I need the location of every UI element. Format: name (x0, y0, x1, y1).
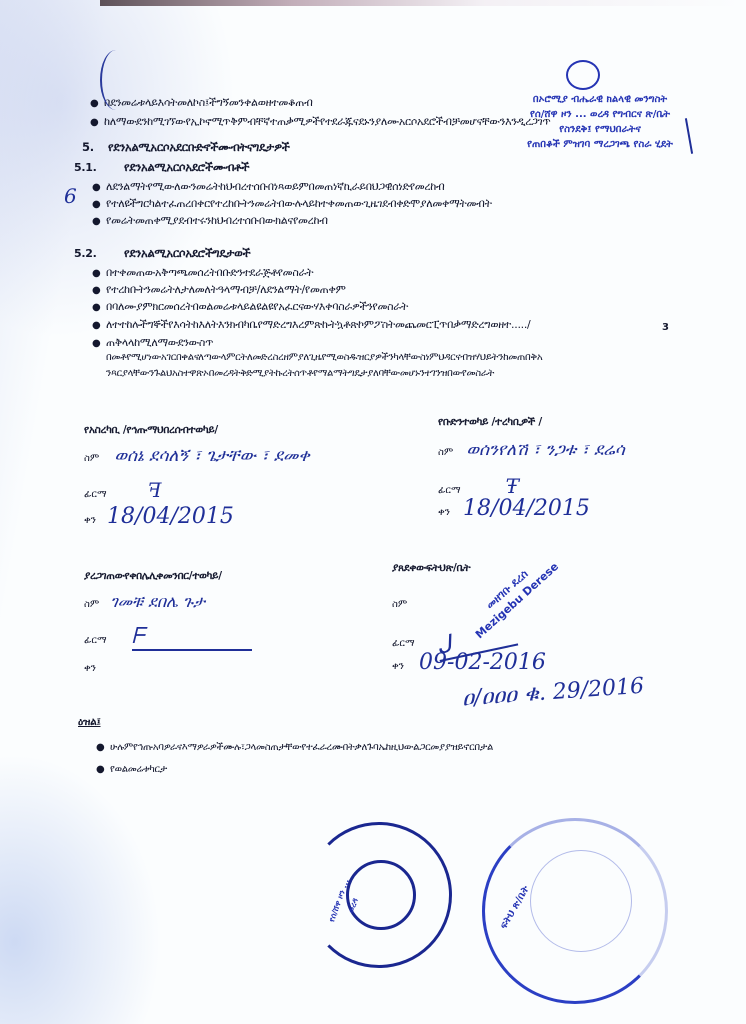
name-label: ስም (392, 599, 407, 610)
pen-mark (100, 50, 132, 110)
kebele-name-row: ስም ገመቹ ደበሌ ጉታ (84, 592, 205, 612)
page-number: 3 (662, 322, 669, 333)
scanned-document-page: ●በደንመሬቱላይእሳትመለኮስ፤ችግኝመንቀልወዘተመቆጠብ ●ከለማውደንከ… (0, 0, 746, 1024)
lessor-signature: ꟻ (148, 478, 162, 502)
letterhead-line-2: የሰ/ሸዋ ዞን ... ወረዳ የግብርና ጽ/ቤት (500, 107, 700, 122)
section-5-1-item: ●ለደንልማትየሚውለውንመሬትከህብረተሰቡበነጻወይምበመጠነኛኪራይበህጋ… (92, 180, 444, 194)
group-signature-heading: የቡድንተወካይ /ተረካቢዎች / (438, 416, 542, 429)
letterhead-stamp: በኦሮሚያ ብሔራዊ ክልላዊ መንግስት የሰ/ሸዋ ዞን ... ወረዳ የ… (500, 92, 700, 152)
letterhead-line-4: የጠበቆች ምዝገባ ማረጋገጫ የስራ ሂደት (500, 137, 700, 152)
date-label: ቀን (84, 663, 96, 674)
bullet-icon: ● (90, 98, 104, 109)
kebele-sign-row: ፊርማ ᖴ (84, 624, 252, 651)
section-5-2-heading: 5.2.የደንአልሚአርሶአደሮችግዴታወች (74, 246, 250, 261)
group-date-row: ቀን 18/04/2015 (438, 496, 590, 521)
bullet-icon: ● (92, 285, 106, 296)
section-number: 5. (82, 140, 108, 154)
signature-label: ፊርማ (438, 485, 461, 496)
kebele-signature: ᖴ (132, 624, 252, 651)
item-text: ጠቅላላከሚለማውደንውስጥ (106, 336, 213, 349)
court-registration-note: ዐ/ዐዐዐ ቁ. 29/2016 (461, 674, 644, 712)
section-number: 5.1. (74, 161, 124, 174)
kebele-name-handwritten: ገመቹ ደበሌ ጉታ (110, 592, 205, 611)
section-5-2-item: ●ጠቅላላከሚለማውደንውስጥ (92, 336, 213, 350)
section-5-2-item: ●በባለሙያምክርመሰረትበወልመሬቱላይልዩልዩየአፈርናውሃእቀባስራዎችን… (92, 300, 408, 314)
notes-item: ●ሁሉምየኅጡአባዎራናእማዎራዎችሙሉ፣ጋላመስጠታቸውየተፈራረሙበትቃለጉ… (96, 742, 493, 753)
name-label: ስም (84, 599, 99, 610)
section-5-2-item: ●የተረከቡትንመሬትለታለመለትዓላማብቻ/ለደንልማት/የመጠቀም (92, 283, 346, 297)
bullet-icon: ● (90, 117, 104, 128)
intro-bullet-text: ከለማውደንከሚገኘውየኢኮኖሚጥቅምብቸኛተጠቃሚዎችየተደራጁናደኑንያለሙ… (104, 115, 550, 128)
margin-handwritten-mark: 6 (64, 184, 77, 208)
court-name-row: ስም (392, 592, 407, 611)
bullet-icon: ● (92, 320, 106, 331)
group-date-handwritten: 18/04/2015 (463, 496, 590, 521)
signature-label: ፊርማ (84, 489, 107, 500)
bullet-icon: ● (92, 268, 106, 279)
date-label: ቀን (438, 507, 450, 518)
lessor-name-row: ስም ወሰኔ ደሳለኝ ፣ ጌታቸው ፣ ደመቀ (84, 446, 310, 466)
group-name-row: ስም ወሰንየለሽ ፣ ንጋቱ ፣ ደሬሳ (438, 440, 625, 460)
section-5-1-item: ●የመሬትመጠቀሚያደብተሩንከህብረተሰቡበውክልናየመረከብ (92, 214, 328, 228)
item-text: ሁሉምየኅጡአባዎራናእማዎራዎችሙሉ፣ጋላመስጠታቸውየተፈራረሙበትቃለጉባ… (110, 742, 493, 753)
bullet-icon: ● (92, 302, 106, 313)
section-number: 5.2. (74, 247, 124, 260)
item-text-continued: ንጻርያላቸውንጉልህአስተዋጽኦበመረዳትቅድሚያትኩረትሰጥቶየማልማትግዴ… (106, 368, 494, 379)
intro-bullet-text: በደንመሬቱላይእሳትመለኮስ፤ችግኝመንቀልወዘተመቆጠብ (104, 96, 313, 109)
group-sign-row: ፊርማ Ŧ (438, 474, 519, 498)
section-title: የደንአልሚአርሶአደሮችግዴታወች (124, 246, 250, 260)
lessor-date-handwritten: 18/04/2015 (107, 504, 234, 529)
letterhead-line-3: የስንደቅ፤ የማህበራትና (500, 122, 700, 137)
letterhead-line-1: በኦሮሚያ ብሔራዊ ክልላዊ መንግስት (500, 92, 700, 107)
section-title: የደንአልሚአርሶአደሮችሙብቶች (124, 160, 249, 174)
group-name-handwritten: ወሰንየለሽ ፣ ንጋቱ ፣ ደሬሳ (466, 440, 624, 460)
lessor-sign-row: ፊርማ ꟻ (84, 478, 162, 502)
stamp-inner-ring (530, 850, 632, 952)
lessor-signature-heading: የአስረካቢ /የኅጡማህበረሰብተወካይ/ (84, 424, 218, 437)
emblem-icon (566, 60, 600, 90)
kebele-signature-heading: ያረጋገጠውየቀበሌሊቀመንበር/ተወካይ/ (84, 570, 222, 583)
name-label: ስም (438, 447, 453, 458)
signature-label: ፊርማ (392, 638, 415, 649)
section-5-2-item: ●በተቀመጠውአቅጣጫመሰረትበቡድንተደራጅቶየመስራት (92, 266, 313, 280)
group-signature: Ŧ (506, 474, 519, 498)
court-date-handwritten: 09-02-2016 (419, 650, 546, 675)
section-5-2-item: ●ለተተከሉችግኞችየእሳትከእለትእንክብካቤየማድረግእረምጽኩትኳቶጽኮም… (92, 318, 530, 332)
item-text: የወልመሬቱካርታ (110, 764, 167, 775)
section-title: የደንአልሚአርሶአደርቡድኖችሙብትናግዴታዎች (108, 140, 290, 154)
date-label: ቀን (392, 661, 404, 672)
section-5-1-item: ●የተለዩችግርካልተፈጠረበቀርየተረከቡትንመሬትበውሉላይከተቀመጠውጊዜ… (92, 197, 492, 211)
date-label: ቀን (84, 515, 96, 526)
intro-bullet-2: ●ከለማውደንከሚገኘውየኢኮኖሚጥቅምብቸኛተጠቃሚዎችየተደራጁናደኑንያለ… (90, 115, 550, 129)
section-5-1-heading: 5.1.የደንአልሚአርሶአደሮችሙብቶች (74, 160, 249, 175)
kebele-date-row: ቀን (84, 656, 96, 675)
name-label: ስም (84, 453, 99, 464)
scan-edge-shadow (100, 0, 740, 6)
notes-item: ●የወልመሬቱካርታ (96, 764, 167, 775)
court-signature-heading: ያጸደቀውፍትህጽ/ቤት (392, 562, 470, 575)
signature-label: ፊርማ (84, 635, 107, 646)
item-text-continued: በመቶየሚሆነውአገርበቀልናለጣውላምርትለመድረስረዘምያለጊዜየሚወስዱዝ… (106, 352, 542, 363)
item-text: የተለዩችግርካልተፈጠረበቀርየተረከቡትንመሬትበውሉላይከተቀመጠውጊዜገ… (106, 197, 492, 210)
section-5-heading: 5.የደንአልሚአርሶአደርቡድኖችሙብትናግዴታዎች (82, 140, 290, 155)
item-text: በተቀመጠውአቅጣጫመሰረትበቡድንተደራጅቶየመስራት (106, 266, 313, 279)
bullet-icon: ● (92, 338, 106, 349)
court-date-row: ቀን 09-02-2016 (392, 650, 546, 675)
item-text: የመሬትመጠቀሚያደብተሩንከህብረተሰቡበውክልናየመረከብ (106, 214, 328, 227)
bullet-icon: ● (96, 764, 110, 775)
lessor-name-handwritten: ወሰኔ ደሳለኝ ፣ ጌታቸው ፣ ደመቀ (114, 446, 309, 466)
item-text: የተረከቡትንመሬትለታለመለትዓላማብቻ/ለደንልማት/የመጠቀም (106, 283, 346, 296)
bullet-icon: ● (96, 742, 110, 753)
item-text: ለተተከሉችግኞችየእሳትከእለትእንክብካቤየማድረግእረምጽኩትኳቶጽኮምፖ… (106, 318, 530, 331)
bullet-icon: ● (92, 182, 106, 193)
item-text: በባለሙያምክርመሰረትበወልመሬቱላይልዩልዩየአፈርናውሃእቀባስራዎችንየ… (106, 300, 408, 313)
item-text: ለደንልማትየሚውለውንመሬትከህብረተሰቡበነጻወይምበመጠነኛኪራይበህጋዊ… (106, 180, 444, 193)
bullet-icon: ● (92, 216, 106, 227)
bullet-icon: ● (92, 199, 106, 210)
lessor-date-row: ቀን 18/04/2015 (84, 504, 234, 529)
notes-heading: ዕዝል፤ (78, 716, 101, 729)
